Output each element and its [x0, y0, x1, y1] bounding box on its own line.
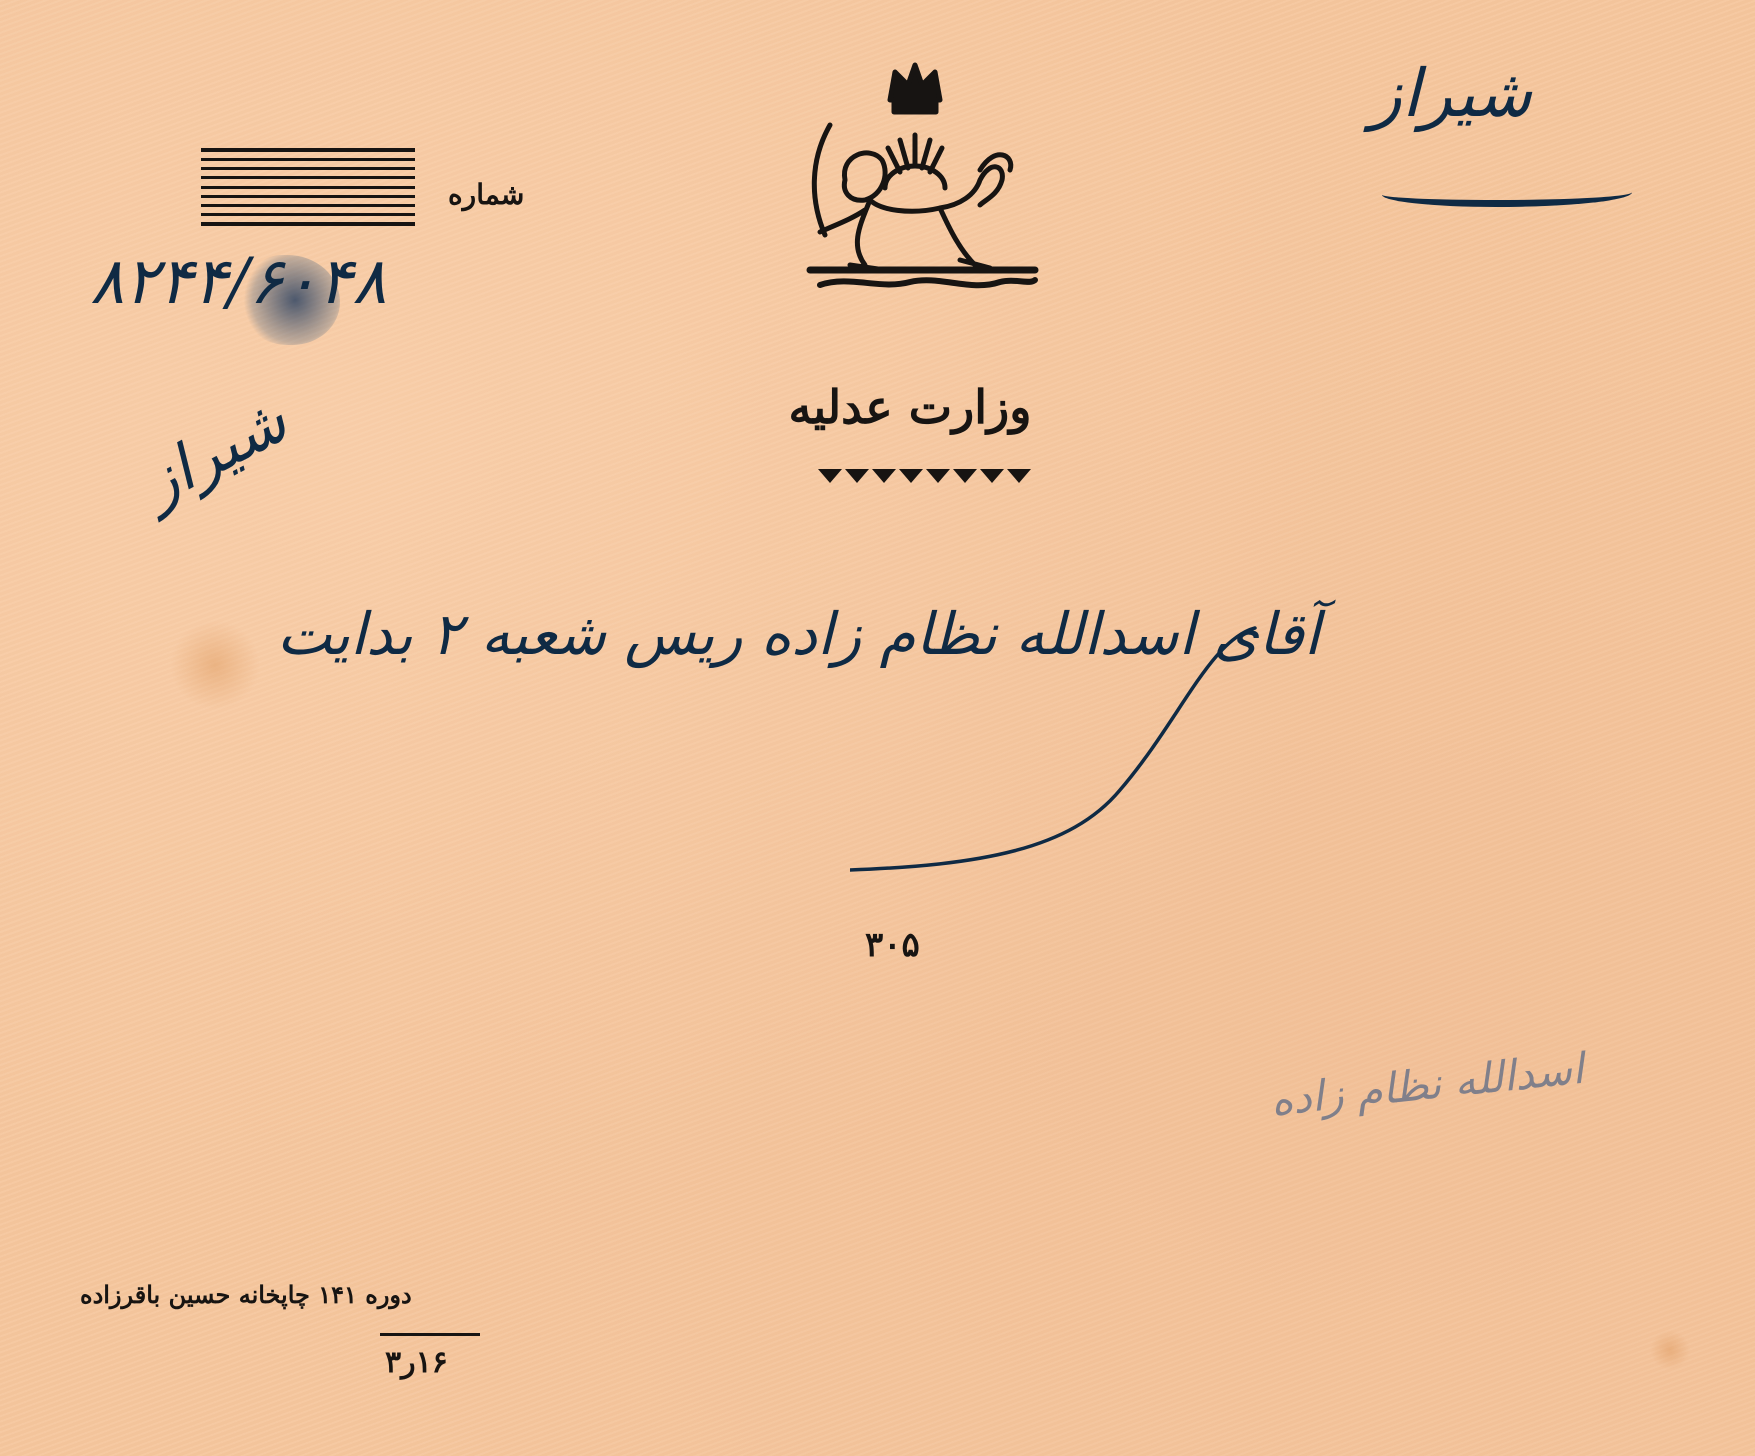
- envelope: وزارت عدلیه شماره ۸۲۴۴/۶۰۴۸ شیراز آقای ا…: [0, 0, 1755, 1456]
- number-field-lines: [201, 148, 415, 226]
- ministry-title: وزارت عدلیه: [720, 380, 1100, 434]
- printer-imprint: دوره ۱۴۱ چاپخانه حسین باقرزاده: [80, 1280, 412, 1309]
- form-number: ۱۶ر۳: [385, 1345, 448, 1380]
- handwriting-swash: [850, 600, 1330, 880]
- paper-stain: [1650, 1330, 1690, 1370]
- pencil-note: اسدالله نظام زاده: [1268, 1044, 1586, 1126]
- city-underline: [1382, 180, 1632, 207]
- number-label: شماره: [448, 178, 524, 211]
- printer-rule: [380, 1333, 480, 1336]
- lion-and-sun-emblem-icon: [790, 60, 1060, 330]
- title-ornament: [818, 469, 1031, 483]
- stamped-code: ۳۰۵: [865, 925, 920, 965]
- recipient-address-city: شیراز: [130, 384, 299, 520]
- destination-city: شیراز: [1370, 55, 1532, 132]
- handwritten-reference-number: ۸۲۴۴/۶۰۴۸: [90, 245, 387, 319]
